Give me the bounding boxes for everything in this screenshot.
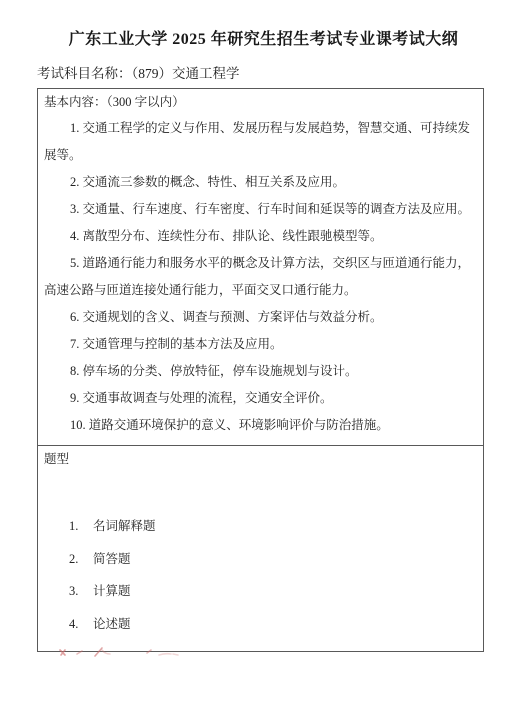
list-item: 3. 交通量、行车速度、行车密度、行车时间和延误等的调查方法及应用。 <box>44 196 477 223</box>
basic-content-section: 基本内容：（300 字以内） 1. 交通工程学的定义与作用、发展历程与发展趋势，… <box>38 89 483 446</box>
list-item: 10. 道路交通环境保护的意义、环境影响评价与防治措施。 <box>44 412 477 439</box>
list-item: 5. 道路通行能力和服务水平的概念及计算方法，交织区与匝道通行能力，高速公路与匝… <box>44 250 477 304</box>
list-item: 4. 离散型分布、连续性分布、排队论、线性跟驰模型等。 <box>44 223 477 250</box>
list-item: 3.计算题 <box>69 575 477 608</box>
list-item: 6. 交通规划的含义、调查与预测、方案评估与效益分析。 <box>44 304 477 331</box>
list-item: 2.简答题 <box>69 543 477 576</box>
subject-label: 考试科目名称： <box>37 66 132 81</box>
list-item: 4.论述题 <box>69 608 477 641</box>
document-page: 广东工业大学 2025 年研究生招生考试专业课考试大纲 考试科目名称：（879）… <box>0 0 527 712</box>
question-types-list: 1.名词解释题 2.简答题 3.计算题 4.论述题 <box>69 510 477 640</box>
document-title: 广东工业大学 2025 年研究生招生考试专业课考试大纲 <box>0 0 527 49</box>
item-number: 3. <box>69 575 93 608</box>
list-item: 8. 停车场的分类、停放特征，停车设施规划与设计。 <box>44 358 477 385</box>
subject-value: （879）交通工程学 <box>132 66 240 81</box>
question-types-header: 题型 <box>44 450 477 468</box>
list-item: 1.名词解释题 <box>69 510 477 543</box>
item-label: 论述题 <box>93 617 131 631</box>
list-item: 2. 交通流三参数的概念、特性、相互关系及应用。 <box>44 169 477 196</box>
basic-content-list: 1. 交通工程学的定义与作用、发展历程与发展趋势，智慧交通、可持续发展等。 2.… <box>44 115 477 446</box>
list-item: 7. 交通管理与控制的基本方法及应用。 <box>44 331 477 358</box>
list-item: 9. 交通事故调查与处理的流程，交通安全评价。 <box>44 385 477 412</box>
content-box: 基本内容：（300 字以内） 1. 交通工程学的定义与作用、发展历程与发展趋势，… <box>37 88 484 652</box>
list-item: 1. 交通工程学的定义与作用、发展历程与发展趋势，智慧交通、可持续发展等。 <box>44 115 477 169</box>
basic-content-header: 基本内容：（300 字以内） <box>44 93 477 111</box>
item-label: 名词解释题 <box>93 519 156 533</box>
question-types-section: 题型 1.名词解释题 2.简答题 3.计算题 4.论述题 <box>38 446 483 640</box>
item-number: 2. <box>69 543 93 576</box>
item-number: 4. <box>69 608 93 641</box>
item-number: 1. <box>69 510 93 543</box>
item-label: 简答题 <box>93 552 131 566</box>
item-label: 计算题 <box>93 584 131 598</box>
list-item: 11. 道路景观设计原则与基本步骤。 <box>44 439 477 446</box>
subject-line: 考试科目名称：（879）交通工程学 <box>37 62 527 82</box>
